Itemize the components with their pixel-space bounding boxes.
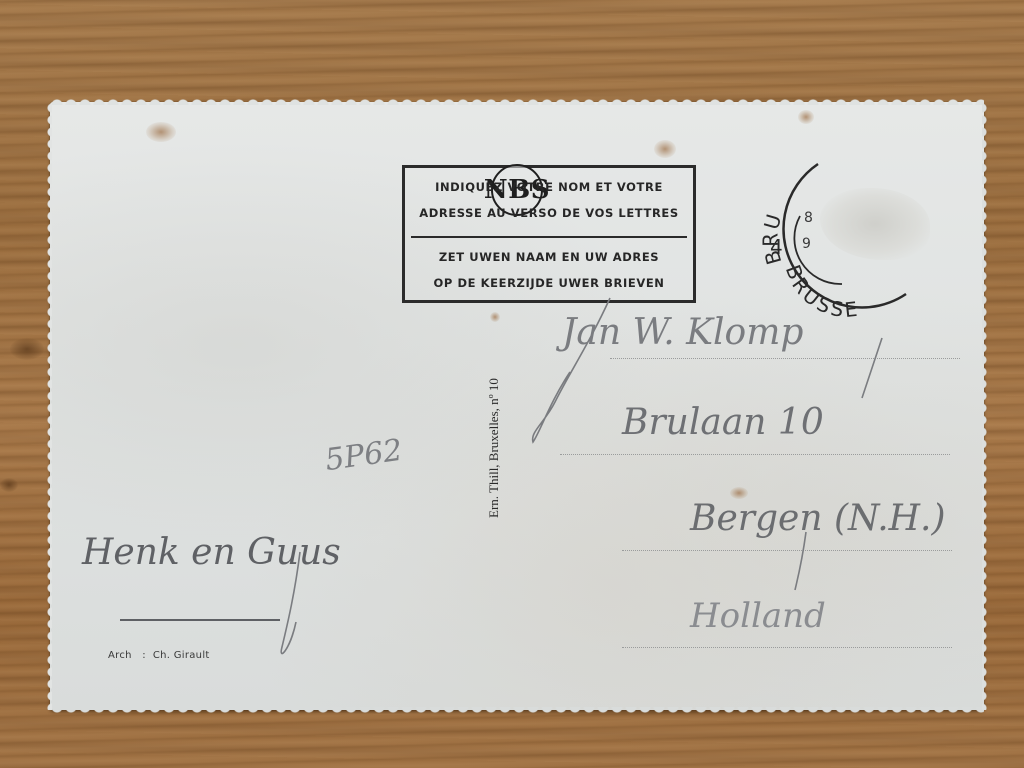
recipient-street: Brulaan 10 bbox=[622, 402, 824, 443]
age-stain bbox=[146, 122, 176, 142]
slogan-line-2: ADRESSE AU VERSO DE VOS LETTRES bbox=[405, 206, 693, 220]
recipient-name: Jan W. Klomp bbox=[562, 312, 803, 353]
architect-credit: Arch : Ch. Girault bbox=[108, 650, 210, 661]
catalog-pencil-note: 5P62 bbox=[323, 433, 405, 478]
age-stain bbox=[490, 312, 500, 322]
postmark-date-fragment-2: 9 bbox=[802, 236, 811, 252]
address-line-4 bbox=[622, 647, 952, 648]
age-stain bbox=[654, 140, 676, 158]
recipient-country: Holland bbox=[690, 596, 826, 636]
slogan-cancellation-stamp: NBS INDIQUEZ VOTRE NOM ET VOTRE ADRESSE … bbox=[402, 165, 696, 303]
slogan-divider bbox=[411, 236, 687, 238]
slogan-line-4: OP DE KEERZIJDE UWER BRIEVEN bbox=[405, 276, 693, 290]
deckled-edge-top bbox=[50, 97, 984, 105]
svg-text:BRUSSE: BRUSSE bbox=[781, 262, 862, 318]
postmark-date-fragment-1: 8 bbox=[804, 210, 813, 226]
brussels-postmark: BRU BRUSSE 4 8 9 bbox=[756, 158, 916, 318]
postcard: NBS INDIQUEZ VOTRE NOM ET VOTRE ADRESSE … bbox=[50, 102, 984, 710]
postmark-bottom-text: BRUSSE bbox=[781, 262, 862, 318]
deckled-edge-right bbox=[982, 102, 988, 710]
address-line-3 bbox=[622, 550, 952, 551]
address-line-2 bbox=[560, 454, 950, 455]
address-line-1 bbox=[610, 358, 960, 359]
recipient-city: Bergen (N.H.) bbox=[690, 498, 946, 539]
sender-signature: Henk en Guus bbox=[82, 532, 341, 573]
postmark-number: 4 bbox=[770, 235, 783, 259]
age-stain bbox=[798, 110, 814, 124]
wood-knot bbox=[0, 478, 18, 492]
slogan-line-1: INDIQUEZ VOTRE NOM ET VOTRE bbox=[405, 180, 693, 194]
deckled-edge-left bbox=[46, 102, 52, 710]
deckled-edge-bottom bbox=[50, 707, 984, 715]
slogan-line-3: ZET UWEN NAAM EN UW ADRES bbox=[405, 250, 693, 264]
wood-knot bbox=[10, 338, 44, 360]
publisher-imprint: Ern. Thill, Bruxelles, nº 10 bbox=[486, 338, 506, 558]
